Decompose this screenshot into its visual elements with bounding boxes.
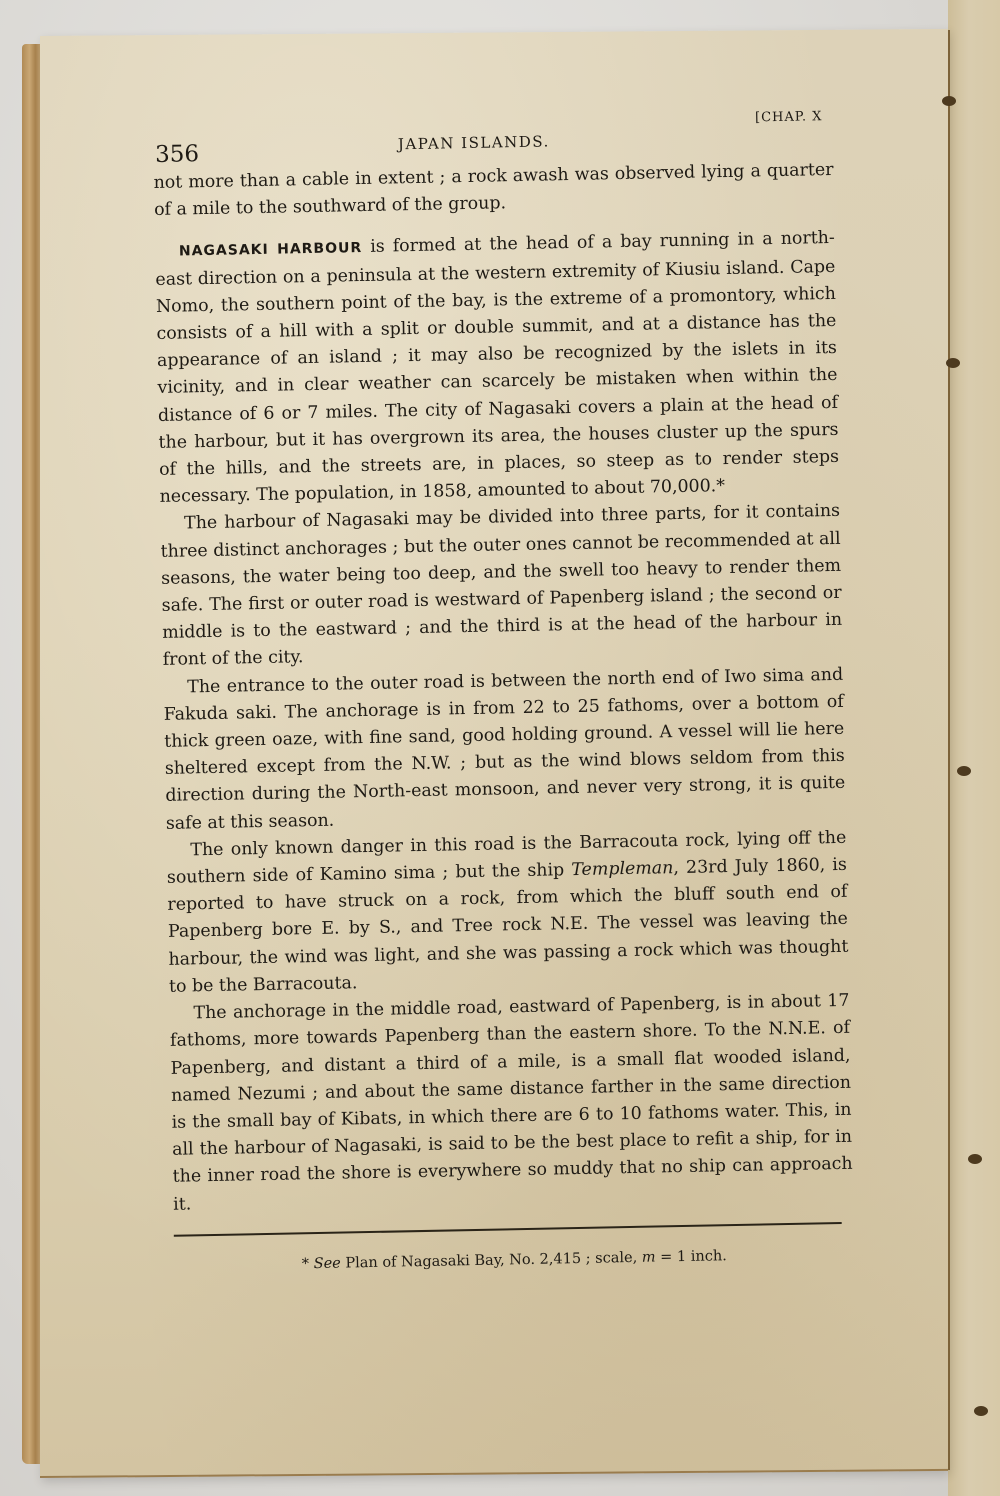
footnote-divider	[174, 1222, 842, 1237]
footnote-text: Plan of Nagasaki Bay, No. 2,415 ; scale,	[341, 1250, 642, 1272]
paragraph-text: is formed at the head of a bay running i…	[155, 228, 839, 507]
binding-stitch-icon	[957, 766, 971, 776]
footnote-see: See	[314, 1255, 341, 1272]
page-number: 356	[155, 141, 199, 168]
binding-stitch-icon	[946, 358, 960, 368]
binding-stitch-icon	[942, 96, 956, 106]
binding-gutter	[948, 30, 950, 1470]
chapter-reference: [CHAP. X	[755, 109, 823, 125]
section-lead-in: NAGASAKI HARBOUR	[179, 240, 363, 260]
running-head: JAPAN ISLANDS.	[398, 132, 550, 153]
paragraph-middle-road: The anchorage in the middle road, eastwa…	[169, 988, 853, 1219]
footnote-scale-variable: m	[642, 1249, 656, 1265]
paragraph-three-anchorages: The harbour of Nagasaki may be divided i…	[160, 498, 843, 674]
binding-stitch-icon	[974, 1406, 988, 1416]
footnote-marker: *	[302, 1256, 310, 1272]
adjacent-page	[948, 0, 1000, 1496]
page-header: 356 JAPAN ISLANDS. [CHAP. X	[152, 87, 833, 170]
binding-stitch-icon	[968, 1154, 982, 1164]
footnote: * See Plan of Nagasaki Bay, No. 2,415 ; …	[174, 1245, 854, 1274]
page-text-block: 356 JAPAN ISLANDS. [CHAP. X not more tha…	[152, 87, 855, 1289]
paragraph-outer-road: The entrance to the outer road is betwee…	[163, 661, 846, 837]
ship-name: Templeman	[571, 858, 673, 880]
paragraph-barracouta-rock: The only known danger in this road is th…	[166, 825, 849, 1001]
footnote-scale: = 1 inch.	[655, 1248, 727, 1265]
paragraph-nagasaki-harbour: NAGASAKI HARBOUR is formed at the head o…	[155, 225, 840, 511]
